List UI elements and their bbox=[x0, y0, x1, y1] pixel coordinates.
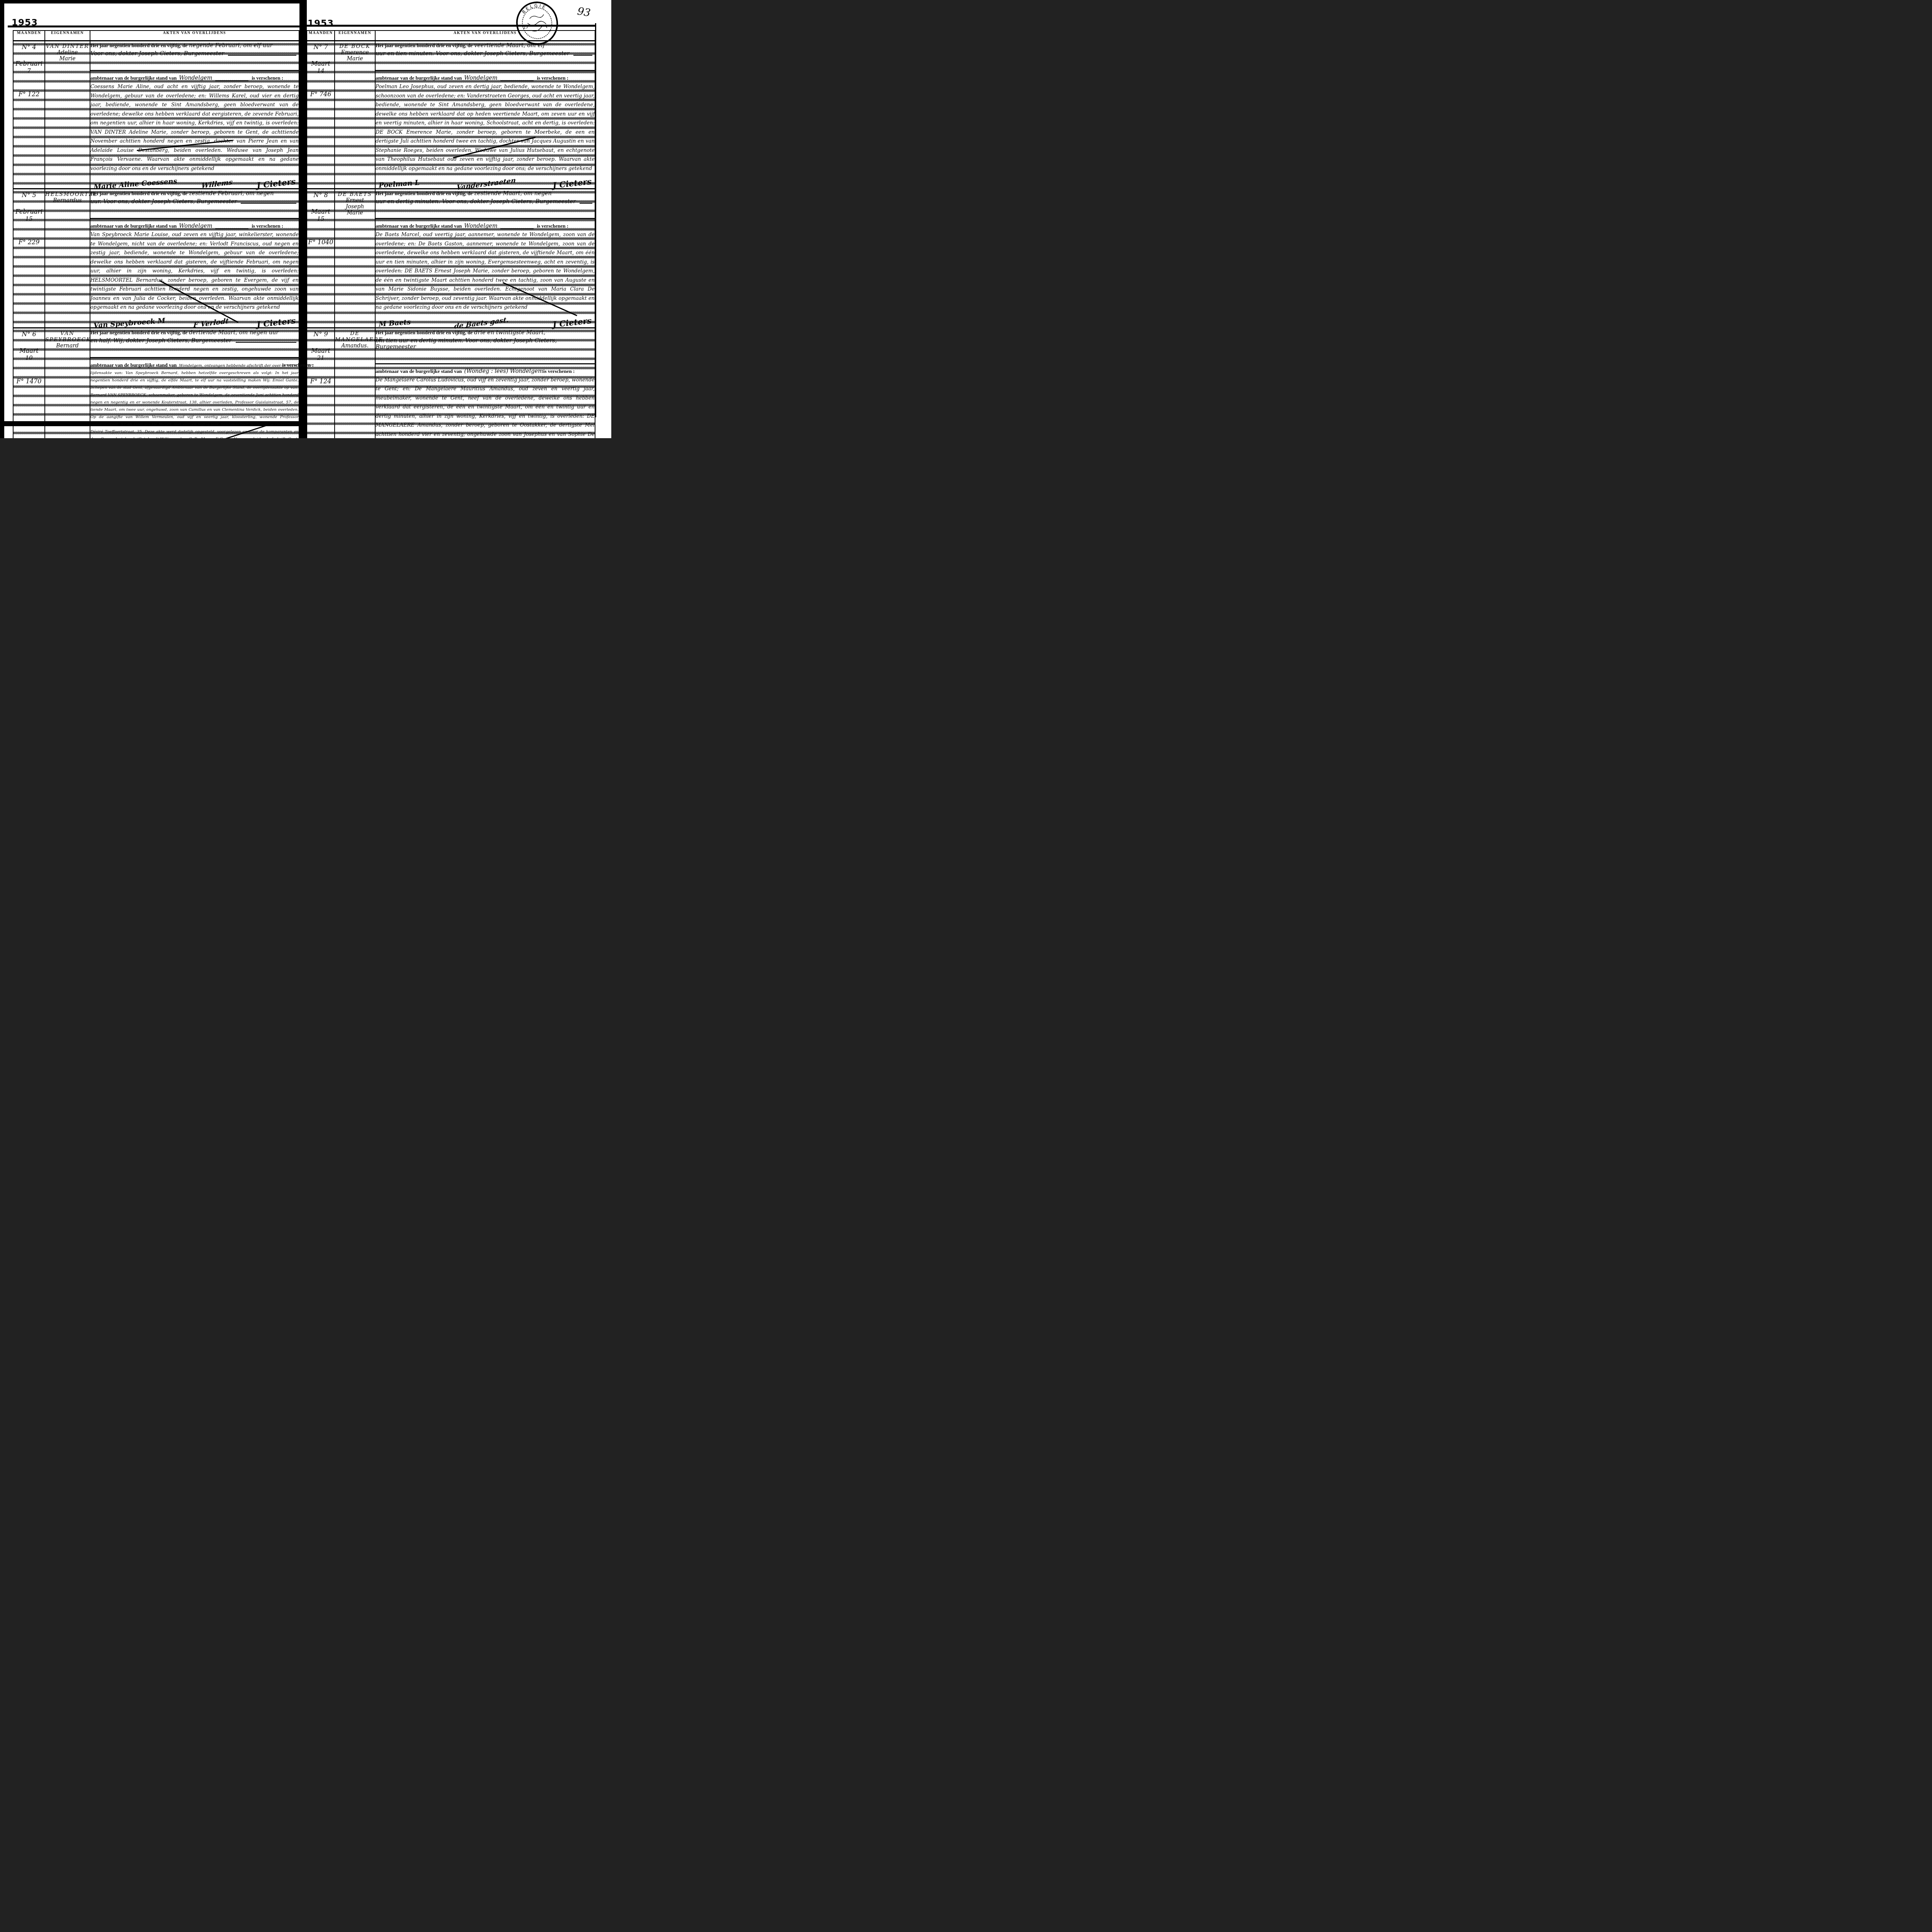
act-opening-handwritten: zestiende Maart, om negen bbox=[474, 190, 552, 197]
act-row: N° 8 Maart 15 F° 1040 DE BAETS Ernest Jo… bbox=[307, 189, 595, 328]
act-verschenen-printed: is verschenen : bbox=[537, 75, 568, 81]
pen-rule bbox=[215, 76, 248, 81]
act-number: N° 4 bbox=[14, 43, 44, 51]
act-place-handwritten: (Wondeg : lees) Wondelgem bbox=[464, 368, 543, 374]
register-table-left: MAANDEN EIGENNAMEN AKTEN VAN OVERLIJDENS… bbox=[13, 30, 299, 438]
header-row: MAANDEN EIGENNAMEN AKTEN VAN OVERLIJDENS bbox=[13, 31, 299, 41]
act-month: Maart bbox=[14, 347, 44, 354]
act-opening-printed: Het jaar negentien honderd drie en vijft… bbox=[376, 190, 473, 196]
pen-rule bbox=[228, 55, 296, 56]
act-month: Maart bbox=[307, 347, 334, 354]
act-text-cell: Het jaar negentien honderd drie en vijft… bbox=[375, 189, 595, 328]
act-officer-printed: ambtenaar van de burgerlijke stand van bbox=[90, 362, 177, 368]
act-opening-handwritten: veertiende Maart, om elf bbox=[474, 43, 545, 49]
signature-row: Marie Aline Coessens Willems J Cieters bbox=[90, 179, 299, 188]
act-folio: F° 229 bbox=[14, 238, 44, 246]
act-place-handwritten: Wondelgem bbox=[179, 223, 212, 229]
act-opening-handwritten: zestiende Februari, om negen bbox=[189, 190, 274, 197]
act-opening-handwritten: drie en twintigste Maart, bbox=[474, 330, 546, 336]
deceased-given-name: Bernard bbox=[45, 343, 90, 349]
pen-rule bbox=[376, 205, 596, 219]
deceased-given-name: Amandus. bbox=[335, 343, 375, 349]
act-opening-printed: Het jaar negentien honderd drie en vijft… bbox=[376, 330, 473, 335]
register-table-right: MAANDEN EIGENNAMEN AKTEN VAN OVERLIJDENS… bbox=[306, 30, 595, 438]
act-folio: F° 746 bbox=[307, 90, 334, 98]
act-index-cell: N° 4 Februari 7 F° 122 bbox=[13, 41, 45, 189]
col-header-eigennamen: EIGENNAMEN bbox=[335, 31, 375, 41]
deceased-surname: DE BAETS bbox=[335, 191, 375, 197]
act-number: N° 9 bbox=[307, 330, 334, 338]
deceased-surname: DE MANGELAERE bbox=[335, 330, 375, 343]
act-row: N° 5 Februari 15 F° 229 HELSMOORTEL Bern… bbox=[13, 189, 299, 328]
act-day: 15 bbox=[14, 215, 44, 222]
table-top-rule-right bbox=[306, 25, 595, 27]
act-body-handwritten: De Mangelaere Carolus Ludovicus, oud vij… bbox=[376, 376, 595, 439]
act-folio: F° 1470 bbox=[14, 378, 44, 385]
pen-rule bbox=[90, 344, 300, 358]
act-opening-printed: Het jaar negentien honderd drie en vijft… bbox=[90, 190, 187, 196]
act-index-cell: N° 6 Maart 10 F° 1470 bbox=[13, 328, 45, 438]
act-officer-handwritten: en half. Wij, dokter Joseph Cieters, Bur… bbox=[90, 338, 232, 344]
col-header-maanden: MAANDEN bbox=[307, 31, 335, 41]
pen-rule bbox=[215, 224, 248, 229]
signature-row: Poelman L Vanderstraeten J Cieters bbox=[376, 179, 595, 188]
page-number: 93 bbox=[577, 5, 592, 19]
act-index-cell: N° 9 Maart 21 F° 124 bbox=[307, 328, 335, 438]
deceased-given-name: Ernest bbox=[335, 197, 375, 204]
act-row: N° 6 Maart 10 F° 1470 VAN SPEYBROECK Ber… bbox=[13, 328, 299, 438]
act-folio: F° 1040 bbox=[307, 238, 334, 246]
signature: J Cieters bbox=[256, 315, 296, 329]
act-officer-handwritten: om tien uur en dertig minuten. Voor ons,… bbox=[376, 338, 588, 350]
deceased-surname: DE BOCK bbox=[335, 43, 375, 49]
table-top-rule-left bbox=[8, 26, 299, 27]
act-opening-printed: Het jaar negentien honderd drie en vijft… bbox=[90, 43, 187, 48]
act-folio: F° 124 bbox=[307, 378, 334, 385]
act-officer-printed: ambtenaar van de burgerlijke stand van bbox=[90, 75, 177, 81]
act-officer-handwritten: uur en dertig minuten. Voor ons, dokter … bbox=[376, 199, 576, 205]
act-number: N° 8 bbox=[307, 191, 334, 199]
deceased-surname: VAN SPEYBROECK bbox=[45, 330, 90, 343]
signature: J Cieters bbox=[256, 177, 296, 190]
act-body-handwritten: lijdensakte van: Van Speybroeck Bernard,… bbox=[90, 369, 299, 439]
act-number: N° 6 bbox=[14, 330, 44, 338]
signature: J Cieters bbox=[552, 315, 592, 329]
pen-rule bbox=[241, 203, 296, 204]
act-body-handwritten: Poelman Leo Josephus, oud zeven en derti… bbox=[376, 82, 595, 173]
act-index-cell: N° 5 Februari 15 F° 229 bbox=[13, 189, 45, 328]
act-officer-handwritten: uur en tien minuten. Voor ons, dokter Jo… bbox=[376, 51, 570, 57]
act-name-cell: VAN SPEYBROECK Bernard bbox=[45, 328, 90, 438]
act-officer-printed: ambtenaar van de burgerlijke stand van bbox=[376, 368, 462, 374]
act-text-cell: Het jaar negentien honderd drie en vijft… bbox=[90, 41, 299, 189]
act-officer-printed: ambtenaar van de burgerlijke stand van bbox=[90, 223, 177, 229]
col-header-eigennamen: EIGENNAMEN bbox=[45, 31, 90, 41]
act-month: Maart bbox=[307, 208, 334, 215]
pen-rule bbox=[376, 350, 596, 364]
pen-rule bbox=[376, 57, 596, 71]
pen-rule bbox=[90, 57, 300, 71]
deceased-given-name: Joseph bbox=[335, 204, 375, 210]
act-row: N° 7 Maart 14 F° 746 DE BOCK Emerence Ma… bbox=[307, 41, 595, 189]
act-opening-printed: Het jaar negentien honderd drie en vijft… bbox=[90, 330, 187, 335]
act-text-cell: Het jaar negentien honderd drie en vijft… bbox=[375, 41, 595, 189]
signature-row: M Baets de Baets gast. J Cieters bbox=[376, 318, 595, 327]
header-row: MAANDEN EIGENNAMEN AKTEN VAN OVERLIJDENS bbox=[307, 31, 595, 41]
act-name-cell: DE BOCK Emerence Marie bbox=[335, 41, 375, 189]
act-verschenen-printed: is verschenen : bbox=[537, 223, 568, 229]
signature: J Cieters bbox=[552, 177, 592, 190]
signature: Willems bbox=[201, 178, 233, 190]
deceased-given-name: Emerence bbox=[335, 49, 375, 56]
act-opening-printed: Het jaar negentien honderd drie en vijft… bbox=[376, 43, 473, 48]
deceased-given-name: Bernardus bbox=[45, 197, 90, 204]
act-row: N° 9 Maart 21 F° 124 DE MANGELAERE Amand… bbox=[307, 328, 595, 438]
deceased-surname: HELSMOORTEL bbox=[45, 191, 90, 197]
act-place-handwritten: Wondelgem bbox=[464, 223, 497, 229]
act-text-cell: Het jaar negentien honderd drie en vijft… bbox=[375, 328, 595, 438]
pen-rule bbox=[573, 55, 592, 56]
pen-rule bbox=[90, 205, 300, 219]
act-officer-printed: ambtenaar van de burgerlijke stand van bbox=[376, 75, 462, 81]
act-place-handwritten: Wondelgem, ontvangen hebbende afschrift … bbox=[179, 364, 282, 368]
act-officer-handwritten: uur. Voor ons, dokter Joseph Cieters, Bu… bbox=[90, 199, 237, 205]
act-verschenen-printed: is verschenen : bbox=[252, 223, 283, 229]
pen-rule bbox=[580, 203, 592, 204]
signature: M Baets bbox=[378, 318, 411, 328]
act-name-cell: HELSMOORTEL Bernardus bbox=[45, 189, 90, 328]
deceased-given-name: Marie bbox=[45, 56, 90, 62]
scan-edge-top bbox=[0, 0, 301, 3]
act-text-cell: Het jaar negentien honderd drie en vijft… bbox=[90, 189, 299, 328]
act-row: N° 4 Februari 7 F° 122 VAN DINTER Adelin… bbox=[13, 41, 299, 189]
deceased-given-name: Marie bbox=[335, 56, 375, 62]
act-text-cell: Het jaar negentien honderd drie en vijft… bbox=[90, 328, 299, 438]
act-name-cell: DE BAETS Ernest Joseph Marie bbox=[335, 189, 375, 328]
act-number: N° 7 bbox=[307, 43, 334, 51]
act-month: Februari bbox=[14, 60, 44, 67]
act-folio: F° 122 bbox=[14, 90, 44, 98]
act-name-cell: VAN DINTER Adeline Marie bbox=[45, 41, 90, 189]
deceased-given-name: Adeline bbox=[45, 49, 90, 56]
year-right: 1953 bbox=[308, 19, 334, 29]
act-body-handwritten: De Baets Marcel, oud veertig jaar, aanne… bbox=[376, 230, 595, 312]
deceased-given-name: Marie bbox=[335, 210, 375, 216]
act-body-handwritten: Coessens Marie Aline, oud acht en vijfti… bbox=[90, 82, 299, 173]
act-place-handwritten: Wondelgem bbox=[179, 75, 212, 81]
pen-rule bbox=[500, 76, 534, 81]
act-day: 15 bbox=[307, 215, 334, 222]
act-officer-printed: ambtenaar van de burgerlijke stand van bbox=[376, 223, 462, 229]
act-officer-handwritten: Voor ons, dokter Joseph Cieters, Burgeme… bbox=[90, 51, 224, 57]
act-opening-handwritten: negende Februari, om elf uur bbox=[189, 43, 272, 49]
act-index-cell: N° 7 Maart 14 F° 746 bbox=[307, 41, 335, 189]
page-gutter bbox=[299, 0, 307, 438]
act-month: Maart bbox=[307, 60, 334, 67]
pen-rule bbox=[500, 224, 534, 229]
act-month: Februari bbox=[14, 208, 44, 215]
act-place-handwritten: Wondelgem bbox=[464, 75, 497, 81]
scan-edge-left bbox=[0, 0, 4, 438]
signature: Poelman L bbox=[378, 179, 420, 189]
act-verschenen-printed: is verschenen : bbox=[543, 368, 575, 374]
act-verschenen-printed: is verschenen : bbox=[252, 75, 283, 81]
act-day: 7 bbox=[14, 67, 44, 74]
register-scan: 1953 1953 93 BELGIE 25 MAANDEN EIGENNAME… bbox=[0, 0, 611, 438]
act-day: 14 bbox=[307, 67, 334, 74]
col-header-akten: AKTEN VAN OVERLIJDENS bbox=[375, 31, 595, 41]
act-name-cell: DE MANGELAERE Amandus. bbox=[335, 328, 375, 438]
act-opening-handwritten: dertiende Maart, om negen uur bbox=[189, 330, 279, 336]
act-day: 10 bbox=[14, 354, 44, 361]
act-day: 21 bbox=[307, 354, 334, 361]
signature-row: Van Speybroeck M F Verlodt J Cieters bbox=[90, 318, 299, 327]
pen-rule bbox=[236, 342, 296, 343]
act-index-cell: N° 8 Maart 15 F° 1040 bbox=[307, 189, 335, 328]
col-header-maanden: MAANDEN bbox=[13, 31, 45, 41]
act-number: N° 5 bbox=[14, 191, 44, 199]
deceased-surname: VAN DINTER bbox=[45, 43, 90, 49]
col-header-akten: AKTEN VAN OVERLIJDENS bbox=[90, 31, 299, 41]
